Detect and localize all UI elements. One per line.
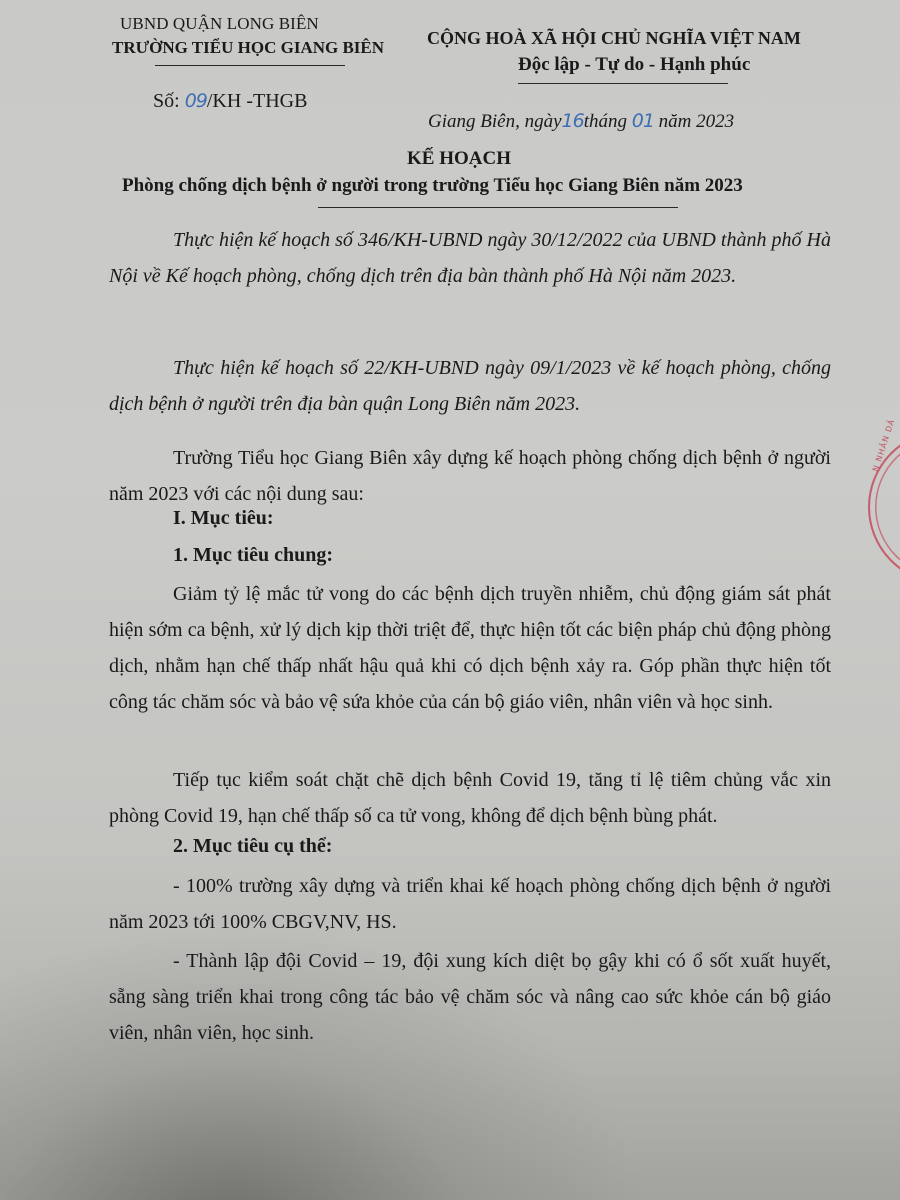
- month-label: tháng: [584, 111, 632, 132]
- general-goal-paragraph-2: Tiếp tục kiểm soát chặt chẽ dịch bệnh Co…: [109, 762, 831, 834]
- document-number-suffix: /KH -THGB: [207, 90, 308, 112]
- intro-paragraph: Trường Tiểu học Giang Biên xây dựng kế h…: [109, 440, 831, 512]
- title-underline: [318, 207, 678, 208]
- national-title: CỘNG HOÀ XÃ HỘI CHỦ NGHĨA VIỆT NAM: [427, 28, 801, 49]
- day-handwritten: 16: [562, 110, 584, 132]
- document-type: KẾ HOẠCH: [0, 148, 900, 170]
- school-name: TRƯỜNG TIỂU HỌC GIANG BIÊN: [112, 38, 384, 58]
- subheading-general-objectives: 1. Mục tiêu chung:: [173, 544, 333, 567]
- place-and-date: Giang Biên, ngày16tháng 01 năm 2023: [428, 110, 734, 133]
- section-heading-objectives: I. Mục tiêu:: [173, 507, 274, 530]
- year-text: năm 2023: [654, 111, 734, 132]
- place-prefix: Giang Biên, ngày: [428, 111, 562, 132]
- specific-goal-item-1: - 100% trường xây dựng và triển khai kế …: [109, 868, 831, 940]
- document-number-handwritten: 09: [185, 90, 207, 112]
- school-name-underline: [155, 65, 345, 66]
- basis-paragraph-2: Thực hiện kế hoạch số 22/KH-UBND ngày 09…: [109, 350, 831, 422]
- document-subject: Phòng chống dịch bệnh ở người trong trườ…: [122, 175, 743, 197]
- general-goal-paragraph-1: Giảm tỷ lệ mắc tử vong do các bệnh dịch …: [109, 576, 831, 720]
- document-number-prefix: Số:: [153, 90, 185, 112]
- document-number: Số: 09/KH -THGB: [153, 90, 307, 113]
- specific-goal-item-2: - Thành lập đội Covid – 19, đội xung kíc…: [109, 943, 831, 1051]
- document-page: UBND QUẬN LONG BIÊN TRƯỜNG TIỂU HỌC GIAN…: [0, 0, 900, 1200]
- basis-paragraph-1: Thực hiện kế hoạch số 346/KH-UBND ngày 3…: [109, 222, 831, 294]
- parent-organization: UBND QUẬN LONG BIÊN: [120, 14, 319, 34]
- subheading-specific-objectives: 2. Mục tiêu cụ thể:: [173, 835, 332, 858]
- month-handwritten: 01: [632, 110, 654, 132]
- national-motto: Độc lập - Tự do - Hạnh phúc: [518, 54, 750, 76]
- motto-underline: [518, 83, 728, 84]
